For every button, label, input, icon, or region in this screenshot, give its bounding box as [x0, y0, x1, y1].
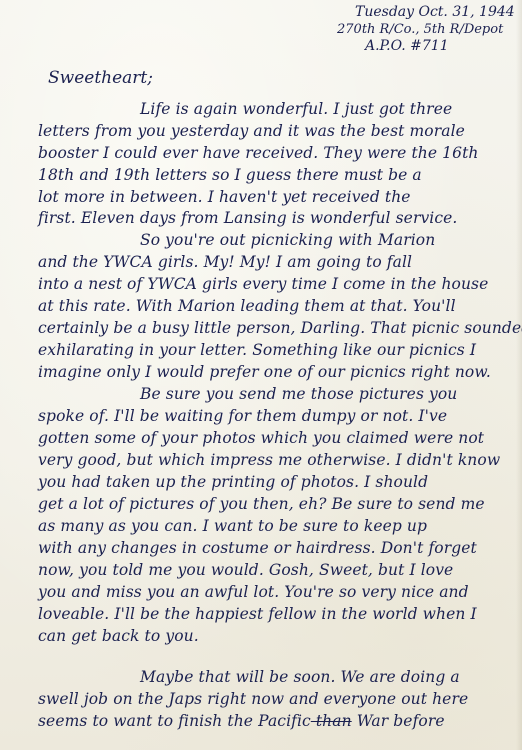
letter-line: spoke of. I'll be waiting for them dumpy…: [38, 407, 447, 425]
letter-line: with any changes in costume or hairdress…: [38, 539, 477, 557]
letter-line: very good, but which impress me otherwis…: [38, 451, 500, 469]
letter-line: gotten some of your photos which you cla…: [38, 429, 484, 447]
letter-line: imagine only I would prefer one of our p…: [38, 363, 491, 381]
letter-line: and the YWCA girls. My! My! I am going t…: [38, 253, 412, 271]
letter-line: first. Eleven days from Lansing is wonde…: [38, 209, 457, 227]
letter-line: letters from you yesterday and it was th…: [38, 122, 465, 140]
letter-line: seems to want to finish the Pacific than…: [38, 712, 445, 730]
line-continuation: War before: [352, 712, 445, 730]
letter-line: you had taken up the printing of photos.…: [38, 473, 428, 491]
letter-line: swell job on the Japs right now and ever…: [38, 690, 468, 708]
letter-line: lot more in between. I haven't yet recei…: [38, 188, 411, 206]
letter-line: Maybe that will be soon. We are doing a: [140, 668, 460, 686]
letter-line: into a nest of YWCA girls every time I c…: [38, 275, 488, 293]
struck-word: than: [311, 712, 352, 730]
letter-line: get a lot of pictures of you then, eh? B…: [38, 495, 485, 513]
letter-line: now, you told me you would. Gosh, Sweet,…: [38, 561, 453, 579]
military-unit: 270th R/Co., 5th R/Depot: [335, 21, 522, 38]
letter-line: can get back to you.: [38, 627, 199, 645]
letter-line: So you're out picnicking with Marion: [140, 231, 435, 249]
letter-page: Tuesday Oct. 31, 1944 270th R/Co., 5th R…: [0, 0, 522, 750]
letter-line: as many as you can. I want to be sure to…: [38, 517, 427, 535]
letter-line: Life is again wonderful. I just got thre…: [140, 100, 452, 118]
letter-line: booster I could ever have received. They…: [38, 144, 479, 162]
letter-line: certainly be a busy little person, Darli…: [38, 319, 522, 337]
letter-header: Tuesday Oct. 31, 1944 270th R/Co., 5th R…: [335, 4, 522, 55]
letter-date: Tuesday Oct. 31, 1944: [335, 4, 522, 21]
letter-line: at this rate. With Marion leading them a…: [38, 297, 456, 315]
letter-line: you and miss you an awful lot. You're so…: [38, 583, 469, 601]
letter-line: 18th and 19th letters so I guess there m…: [38, 166, 422, 184]
letter-line: exhilarating in your letter. Something l…: [38, 341, 476, 359]
letter-line: loveable. I'll be the happiest fellow in…: [38, 605, 477, 623]
letter-line: Be sure you send me those pictures you: [140, 385, 457, 403]
apo-address: A.P.O. #711: [335, 38, 522, 55]
salutation: Sweetheart;: [48, 68, 153, 88]
